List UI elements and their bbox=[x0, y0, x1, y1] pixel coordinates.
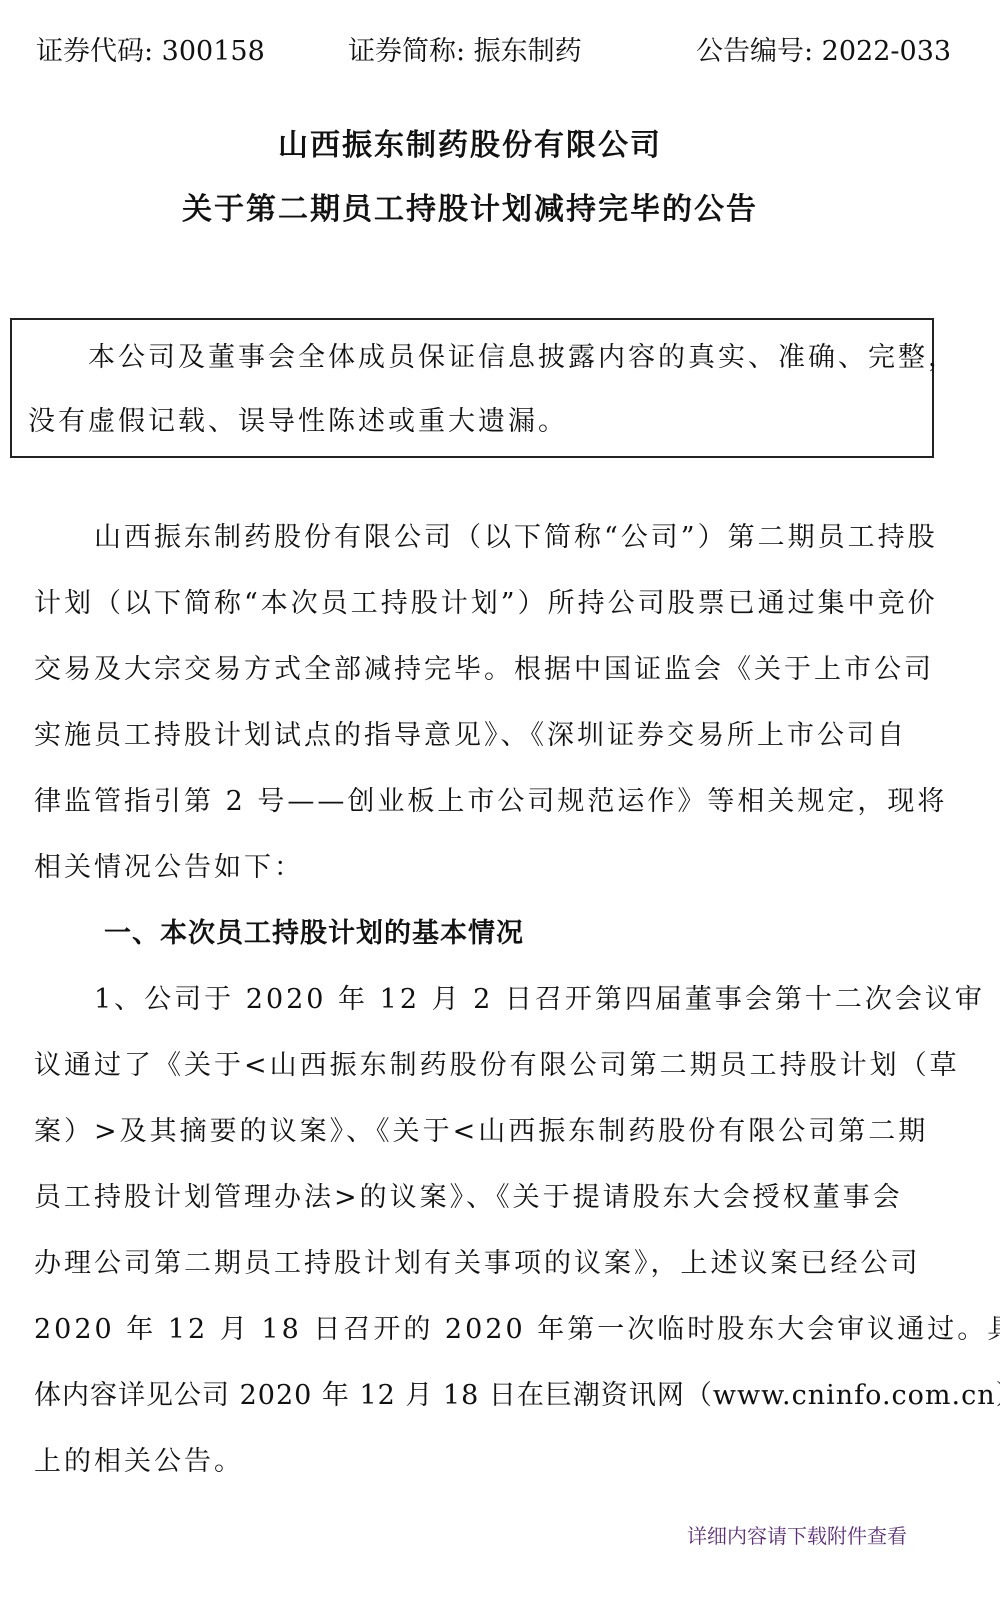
paragraph-line: 体内容详见公司 2020 年 12 月 18 日在巨潮资讯网（www.cninf… bbox=[34, 1376, 1000, 1416]
paragraph-line: 山西振东制药股份有限公司（以下简称“公司”）第二期员工持股 bbox=[94, 518, 938, 558]
company-title: 山西振东制药股份有限公司 bbox=[0, 126, 970, 166]
paragraph-line: 上的相关公告。 bbox=[34, 1442, 244, 1482]
paragraph-line: 员工持股计划管理办法>的议案》、《关于提请股东大会授权董事会 bbox=[34, 1178, 903, 1218]
disclosure-line: 本公司及董事会全体成员保证信息披露内容的真实、准确、完整， bbox=[88, 338, 958, 378]
download-attachment-link[interactable]: 详细内容请下载附件查看 bbox=[687, 1521, 907, 1551]
paragraph-line: 案）>及其摘要的议案》、《关于<山西振东制药股份有限公司第二期 bbox=[34, 1112, 928, 1152]
disclosure-statement-box: 本公司及董事会全体成员保证信息披露内容的真实、准确、完整， 没有虚假记载、误导性… bbox=[10, 318, 934, 458]
paragraph-line: 相关情况公告如下： bbox=[34, 848, 304, 888]
paragraph-line: 律监管指引第 2 号——创业板上市公司规范运作》等相关规定，现将 bbox=[34, 782, 947, 822]
announcement-title: 关于第二期员工持股计划减持完毕的公告 bbox=[0, 190, 970, 230]
paragraph-line: 1、公司于 2020 年 12 月 2 日召开第四届董事会第十二次会议审 bbox=[94, 980, 985, 1020]
stock-short-name: 证券简称: 振东制药 bbox=[348, 30, 582, 74]
disclosure-line: 没有虚假记载、误导性陈述或重大遗漏。 bbox=[28, 402, 568, 442]
stock-code: 证券代码: 300158 bbox=[36, 30, 265, 74]
paragraph-line: 交易及大宗交易方式全部减持完毕。根据中国证监会《关于上市公司 bbox=[34, 650, 934, 690]
announcement-number: 公告编号: 2022-033 bbox=[696, 30, 951, 74]
paragraph-line: 实施员工持股计划试点的指导意见》、《深圳证券交易所上市公司自 bbox=[34, 716, 907, 756]
announcement-header: 证券代码: 300158 证券简称: 振东制药 公告编号: 2022-033 bbox=[36, 30, 956, 74]
paragraph-line: 办理公司第二期员工持股计划有关事项的议案》，上述议案已经公司 bbox=[34, 1244, 921, 1284]
paragraph-line: 计划（以下简称“本次员工持股计划”）所持公司股票已通过集中竞价 bbox=[34, 584, 938, 624]
paragraph-line: 议通过了《关于<山西振东制药股份有限公司第二期员工持股计划（草 bbox=[34, 1046, 960, 1086]
paragraph-line: 2020 年 12 月 18 日召开的 2020 年第一次临时股东大会审议通过。… bbox=[34, 1310, 1000, 1350]
section-heading: 一、本次员工持股计划的基本情况 bbox=[104, 914, 524, 954]
